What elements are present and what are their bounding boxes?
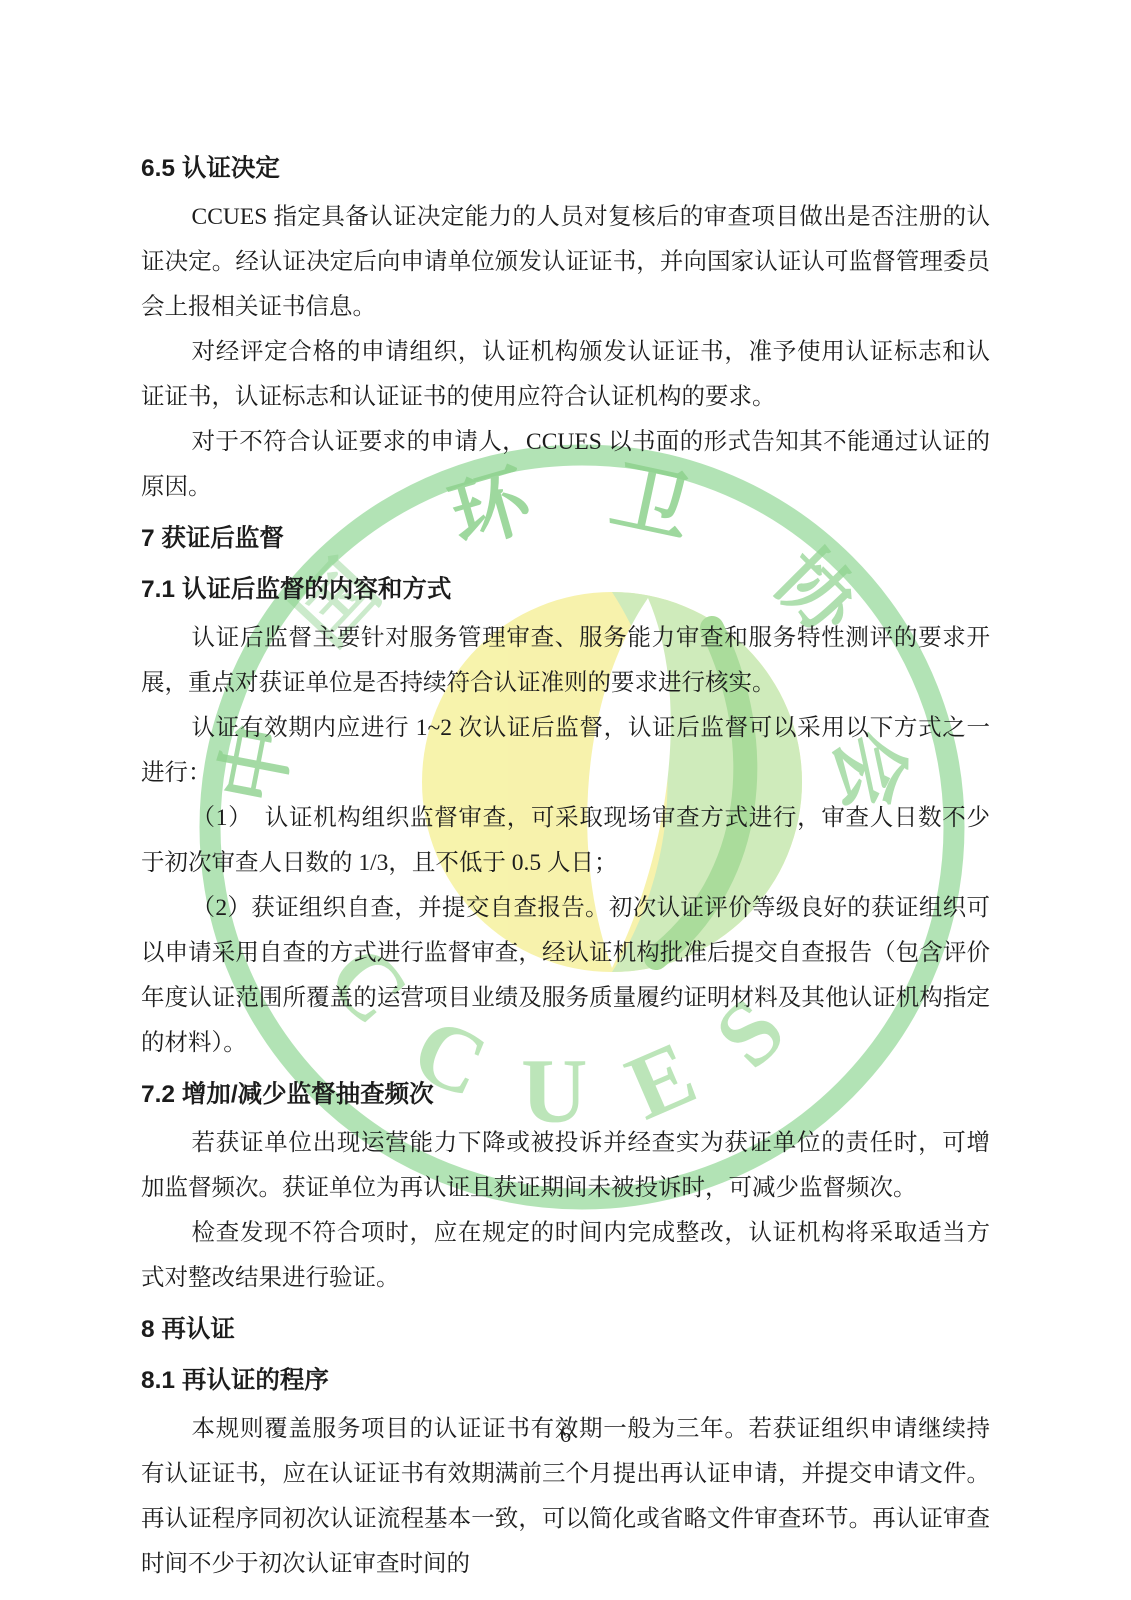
para-7-2-1: 若获证单位出现运营能力下降或被投诉并经查实为获证单位的责任时，可增加监督频次。获… [141,1121,990,1211]
heading-6-5: 6.5 认证决定 [141,146,990,191]
heading-8-1: 8.1 再认证的程序 [141,1358,990,1403]
para-7-1-item-2: （2）获证组织自查，并提交自查报告。初次认证评价等级良好的获证组织可以申请采用自… [141,886,990,1066]
para-6-5-1: CCUES 指定具备认证决定能力的人员对复核后的审查项目做出是否注册的认证决定。… [141,195,990,330]
heading-7: 7 获证后监督 [141,516,990,561]
para-6-5-3: 对于不符合认证要求的申请人，CCUES 以书面的形式告知其不能通过认证的原因。 [141,420,990,510]
para-7-2-2: 检查发现不符合项时，应在规定的时间内完成整改，认证机构将采取适当方式对整改结果进… [141,1211,990,1301]
para-7-1-2: 认证有效期内应进行 1~2 次认证后监督，认证后监督可以采用以下方式之一进行： [141,706,990,796]
para-6-5-2: 对经评定合格的申请组织，认证机构颁发认证证书，准予使用认证标志和认证证书，认证标… [141,330,990,420]
heading-7-1: 7.1 认证后监督的内容和方式 [141,567,990,612]
document-content: 6.5 认证决定 CCUES 指定具备认证决定能力的人员对复核后的审查项目做出是… [141,140,990,1587]
para-7-1-1: 认证后监督主要针对服务管理审查、服务能力审查和服务特性测评的要求开展，重点对获证… [141,616,990,706]
document-page: 中 国 环 卫 协 会 CCUES 6.5 认证决定 CCUES 指定具备认证决… [0,0,1131,1600]
para-7-1-item-1: （1） 认证机构组织监督审查，可采取现场审查方式进行，审查人日数不少于初次审查人… [141,796,990,886]
heading-8: 8 再认证 [141,1307,990,1352]
page-number: 6 [0,1422,1131,1448]
heading-7-2: 7.2 增加/减少监督抽查频次 [141,1072,990,1117]
